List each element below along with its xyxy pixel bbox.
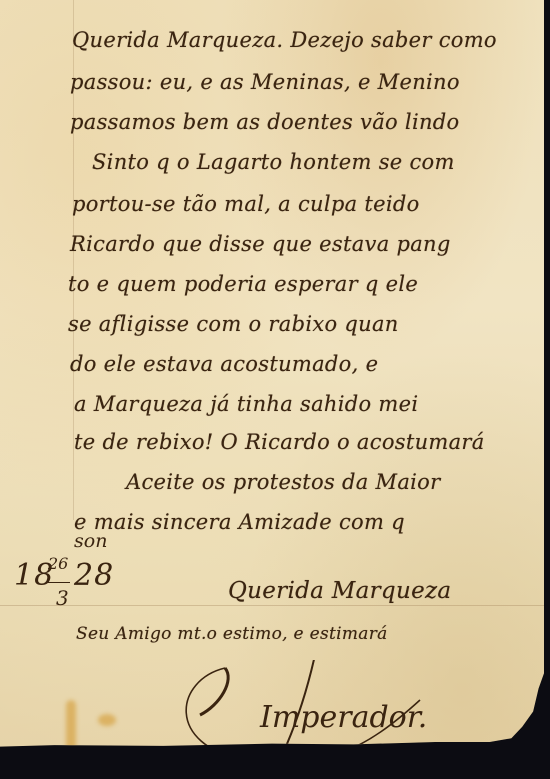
letter-line-3: passamos bem as doentes vão lindo xyxy=(70,110,459,134)
letter-line-4: Sinto q o Lagarto hontem se com xyxy=(92,150,455,174)
closing-salutation: Querida Marqueza xyxy=(228,578,451,604)
date-day: 26 xyxy=(48,554,68,573)
letter-line-5: portou-se tão mal, a culpa teido xyxy=(72,192,420,216)
closing-line: Seu Amigo mt.o estimo, e estimará xyxy=(76,624,388,644)
letter-line-2: passou: eu, e as Meninas, e Menino xyxy=(70,70,460,94)
letter-line-6: Ricardo que disse que estava pang xyxy=(70,232,451,256)
date-month: 3 xyxy=(56,586,69,610)
date-fraction-bar xyxy=(48,582,70,583)
letter-line-8: se afligisse com o rabixo quan xyxy=(68,312,399,336)
letter-line-11: te de rebixo! O Ricardo o acostumará xyxy=(74,430,485,454)
letter-paper: Querida Marqueza. Dezejo saber como pass… xyxy=(0,0,544,765)
letter-line-10: a Marqueza já tinha sahido mei xyxy=(74,392,418,416)
date-prefix: son xyxy=(74,530,107,552)
letter-line-1: Querida Marqueza. Dezejo saber como xyxy=(72,28,497,52)
letter-line-9: do ele estava acostumado, e xyxy=(70,352,378,376)
date-year-right: 28 xyxy=(74,558,114,593)
signature: Imperador. xyxy=(260,700,427,735)
letter-line-13: e mais sincera Amizade com q xyxy=(74,510,405,534)
water-stain xyxy=(98,714,116,726)
fold-crease xyxy=(0,605,544,606)
letter-line-12: Aceite os protestos da Maior xyxy=(126,470,440,494)
letter-line-7: to e quem poderia esperar q ele xyxy=(68,272,418,296)
water-stain xyxy=(66,700,76,755)
